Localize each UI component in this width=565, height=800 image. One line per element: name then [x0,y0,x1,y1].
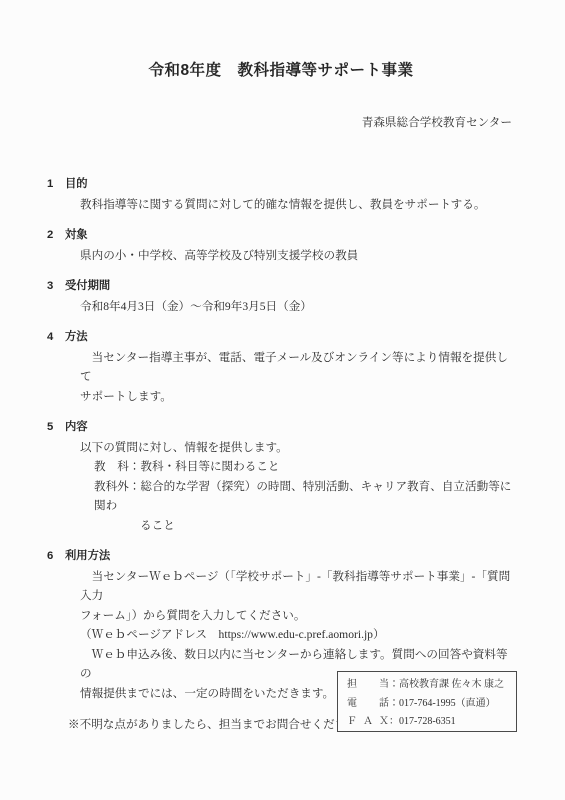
item-label: 教科外： [94,480,140,493]
contact-label: ＦＡＸ [347,713,389,732]
section-number: 3 [47,277,65,297]
section-period: 3受付期間 令和8年4月3日（金）～令和9年3月5日（金） [47,277,515,316]
section-heading-row: 4方法 [47,328,515,348]
contact-separator: ： [389,716,399,727]
section-purpose: 1目的 教科指導等に関する質問に対して的確な情報を提供し、教員をサポートする。 [47,175,515,214]
item-continuation: ること [140,516,515,536]
contact-row: 担当：高校教育課 佐々木 康之 [347,676,516,695]
body-line: 県内の小・中学校、高等学校及び特別支援学校の教員 [80,246,515,266]
section-number: 6 [47,547,65,567]
body-line: 教科指導等に関する質問に対して的確な情報を提供し、教員をサポートする。 [80,195,515,215]
section-heading: 利用方法 [65,550,110,562]
section-number: 1 [47,175,65,195]
contact-label: 電話 [347,695,389,714]
body-line: 当センター指導主事が、電話、電子メール及びオンライン等により情報を提供して [80,348,515,387]
section-heading: 内容 [65,421,88,433]
item-label: 教 科： [94,460,140,473]
contact-row: 電話：017-764-1995（直通） [347,695,516,714]
content-item: 教 科：教科・科目等に関わること [94,457,515,477]
section-heading-row: 2対象 [47,226,515,246]
body-line: サポートします。 [80,387,515,407]
section-heading-row: 3受付期間 [47,277,515,297]
contact-box: 担当：高校教育課 佐々木 康之 電話：017-764-1995（直通） ＦＡＸ：… [337,671,517,732]
section-target: 2対象 県内の小・中学校、高等学校及び特別支援学校の教員 [47,226,515,265]
contact-value: 017-764-1995（直通） [399,698,496,709]
contact-value: 高校教育課 佐々木 康之 [399,679,504,690]
section-method: 4方法 当センター指導主事が、電話、電子メール及びオンライン等により情報を提供し… [47,328,515,406]
contact-separator: ： [389,679,399,690]
section-list: 1目的 教科指導等に関する質問に対して的確な情報を提供し、教員をサポートする。 … [47,175,515,703]
section-number: 2 [47,226,65,246]
body-line: 以下の質問に対し、情報を提供します。 [80,438,515,458]
section-heading-row: 6利用方法 [47,547,515,567]
document-page: 令和8年度 教科指導等サポート事業 青森県総合学校教育センター 1目的 教科指導… [0,0,565,800]
page-title: 令和8年度 教科指導等サポート事業 [47,60,515,82]
section-heading-row: 5内容 [47,418,515,438]
section-heading: 対象 [65,229,88,241]
section-number: 4 [47,328,65,348]
contact-value: 017-728-6351 [399,716,456,727]
section-heading: 受付期間 [65,280,110,292]
section-heading: 目的 [65,178,88,190]
section-heading: 方法 [65,331,88,343]
contact-label: 担当 [347,676,389,695]
body-line: フォーム」）から質問を入力してください。 [80,606,515,626]
section-heading-row: 1目的 [47,175,515,195]
section-content: 5内容 以下の質問に対し、情報を提供します。 教 科：教科・科目等に関わること … [47,418,515,535]
contact-row: ＦＡＸ：017-728-6351 [347,713,516,732]
contact-separator: ： [389,698,399,709]
item-text: 教科・科目等に関わること [140,460,279,473]
body-line: 令和8年4月3日（金）～令和9年3月5日（金） [80,297,515,317]
web-address-line: （Ｗｅｂページアドレス https://www.edu-c.pref.aomor… [80,625,515,645]
body-line: 当センターＷｅｂページ（「学校サポート」-「教科指導等サポート事業」-「質問入力 [80,567,515,606]
section-number: 5 [47,418,65,438]
organization-name: 青森県総合学校教育センター [47,115,515,131]
item-text: 総合的な学習（探究）の時間、特別活動、キャリア教育、自立活動等に関わ [94,480,511,513]
content-item: 教科外：総合的な学習（探究）の時間、特別活動、キャリア教育、自立活動等に関わ [94,477,515,516]
